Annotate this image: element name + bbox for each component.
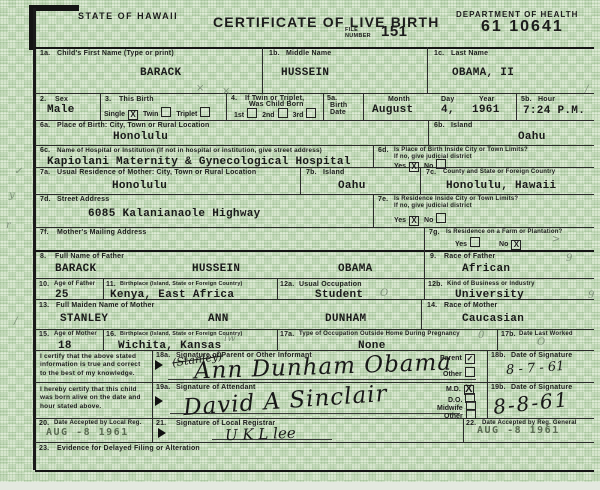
field-18b-num: 18b. bbox=[491, 352, 506, 359]
grid-line bbox=[35, 382, 594, 383]
pencil-mark: / bbox=[14, 316, 17, 327]
attendant-other-option: Other bbox=[444, 409, 479, 420]
no-label: No bbox=[424, 217, 433, 224]
child-middle-name: HUSSEIN bbox=[281, 67, 329, 79]
md-label: M.D. bbox=[446, 386, 461, 393]
grid-line bbox=[424, 250, 425, 278]
informant-signature-date: 8 - 7 - 61 bbox=[506, 359, 565, 378]
field-15-label: Age of Mother bbox=[54, 331, 97, 337]
field-3-label: This Birth bbox=[119, 96, 154, 103]
grid-line bbox=[100, 93, 101, 120]
sex-value: Male bbox=[47, 104, 75, 116]
birth-day: 4, bbox=[441, 104, 455, 116]
twin-order-options: 1st 2nd 3rd bbox=[234, 108, 319, 119]
pencil-mark: × bbox=[222, 86, 230, 97]
field-12b-num: 12b. bbox=[428, 281, 443, 288]
field-10-num: 10. bbox=[39, 281, 49, 288]
grid-line bbox=[424, 278, 425, 299]
birth-year: 1961 bbox=[472, 104, 500, 116]
field-6b-label: Island bbox=[451, 122, 472, 129]
pencil-mark: ✓ bbox=[14, 166, 22, 177]
pencil-mark: 9 bbox=[566, 253, 572, 264]
field-7c-label: County and State or Foreign Country bbox=[443, 169, 555, 175]
field-15-num: 15. bbox=[39, 331, 49, 338]
grid-line bbox=[103, 329, 104, 350]
birth-hour: 7:24 P.M. bbox=[523, 105, 585, 117]
field-7a-label: Usual Residence of Mother: City, Town or… bbox=[57, 169, 256, 176]
grid-line bbox=[428, 120, 429, 145]
field-22-num: 22. bbox=[466, 420, 476, 427]
field-7e-sub: If no, give judicial district bbox=[394, 203, 472, 209]
field-6c-label: Name of Hospital or Institution (If not … bbox=[57, 147, 322, 154]
father-last-name: OBAMA bbox=[338, 263, 373, 275]
attendant-signature-date: 8-8-61 bbox=[492, 387, 571, 419]
father-race: African bbox=[462, 263, 510, 275]
field-9-label: Race of Father bbox=[444, 253, 495, 260]
form-left-border bbox=[33, 8, 36, 470]
option-1st-label: 1st bbox=[234, 112, 244, 119]
field-23-num: 23. bbox=[39, 445, 49, 452]
field-6c-num: 6c. bbox=[40, 147, 50, 154]
field-7d-label: Street Address bbox=[57, 196, 109, 203]
field-18a-num: 18a. bbox=[156, 352, 170, 359]
option-triplet-label: Triplet bbox=[176, 111, 197, 118]
grid-line bbox=[516, 93, 517, 120]
grid-line bbox=[35, 470, 594, 472]
father-first-name: BARACK bbox=[55, 263, 96, 275]
birth-certificate-document: STATE OF HAWAII CERTIFICATE OF LIVE BIRT… bbox=[0, 0, 600, 490]
grid-line bbox=[152, 350, 153, 418]
birth-city: Honolulu bbox=[113, 131, 168, 143]
field-7g-num: 7g. bbox=[429, 229, 440, 236]
field-2-num: 2. bbox=[40, 96, 46, 103]
field-7a-num: 7a. bbox=[40, 169, 50, 176]
pencil-mark: r bbox=[6, 220, 11, 231]
field-20-num: 20. bbox=[39, 420, 49, 427]
attendant-certification-text: I hereby certify that this child was bor… bbox=[40, 386, 146, 411]
mother-age: 18 bbox=[58, 340, 72, 352]
checkbox-7e-no bbox=[436, 213, 446, 223]
grid-line bbox=[262, 47, 263, 93]
birth-island: Oahu bbox=[518, 131, 546, 143]
checkbox-twin bbox=[161, 107, 171, 117]
checkbox-3rd bbox=[306, 108, 316, 118]
checkbox-2nd bbox=[278, 108, 288, 118]
mother-first-name: STANLEY bbox=[60, 313, 108, 325]
checkbox-7g-yes bbox=[470, 237, 480, 247]
grid-line bbox=[300, 167, 301, 194]
field-2-label: Sex bbox=[55, 96, 68, 103]
field-8-num: 8. bbox=[40, 253, 46, 260]
parent-label: Parent bbox=[440, 355, 462, 362]
informant-certification-text: I certify that the above stated informat… bbox=[40, 353, 146, 378]
pencil-mark: × bbox=[196, 83, 204, 94]
reg-general-date-stamp: AUG -8 1961 bbox=[477, 425, 560, 436]
month-label: Month bbox=[388, 96, 410, 103]
field-14-num: 14. bbox=[427, 302, 437, 309]
field-7d-num: 7d. bbox=[40, 196, 51, 203]
field-1b-label: Middle Name bbox=[286, 50, 331, 57]
pencil-mark: 9 bbox=[588, 290, 594, 301]
field-6a-label: Place of Birth: City, Town or Rural Loca… bbox=[57, 122, 209, 129]
checkbox-attendant-other bbox=[466, 409, 476, 419]
child-last-name: OBAMA, II bbox=[452, 67, 514, 79]
field-6d-label: Is Place of Birth Inside City or Town Li… bbox=[394, 147, 528, 153]
signature-arrow-icon bbox=[155, 360, 163, 370]
pencil-mark: O bbox=[380, 288, 388, 299]
checkbox-triplet bbox=[200, 107, 210, 117]
grid-line bbox=[35, 329, 594, 330]
field-7e-yesno: YesX No bbox=[394, 213, 449, 226]
grid-line bbox=[35, 47, 594, 49]
field-16-num: 16. bbox=[106, 331, 116, 338]
residence-island: Oahu bbox=[338, 180, 366, 192]
grid-line bbox=[35, 278, 594, 279]
state-title: STATE OF HAWAII bbox=[78, 11, 178, 21]
pencil-mark: O bbox=[537, 337, 545, 348]
registrar-signature: U K L lee bbox=[225, 424, 296, 444]
field-20-label: Date Accepted by Local Reg. bbox=[54, 420, 142, 426]
field-18b-label: Date of Signature bbox=[511, 352, 572, 359]
field-11-num: 11. bbox=[106, 281, 116, 288]
file-number-value: 151 bbox=[381, 23, 408, 40]
yes-label: Yes bbox=[394, 217, 406, 224]
field-9-num: 9. bbox=[430, 253, 436, 260]
field-12b-label: Kind of Business or Industry bbox=[447, 281, 535, 287]
pencil-mark: lw bbox=[224, 333, 236, 344]
field-7g-yesno: Yes NoX bbox=[455, 237, 524, 250]
residence-city: Honolulu bbox=[112, 180, 167, 192]
no-label: No bbox=[499, 241, 508, 248]
file-label-line2: NUMBER bbox=[345, 33, 371, 39]
grid-line bbox=[373, 194, 374, 227]
grid-line bbox=[35, 227, 594, 228]
grid-line bbox=[277, 329, 278, 350]
father-middle-name: HUSSEIN bbox=[192, 263, 240, 275]
field-13-label: Full Maiden Name of Mother bbox=[56, 302, 155, 309]
street-address: 6085 Kalanianaole Highway bbox=[88, 208, 261, 220]
field-5a-label-line2: Date bbox=[330, 109, 346, 116]
field-1c-label: Last Name bbox=[451, 50, 488, 57]
certificate-number: 61 10641 bbox=[481, 18, 564, 36]
grid-line bbox=[35, 442, 594, 443]
option-twin-label: Twin bbox=[143, 111, 158, 118]
grid-line bbox=[35, 194, 594, 195]
grid-line bbox=[427, 47, 428, 93]
father-occupation: Student bbox=[315, 289, 363, 301]
mother-race: Caucasian bbox=[462, 313, 524, 325]
paper-bottom-edge bbox=[0, 482, 600, 490]
field-4-num: 4. bbox=[231, 95, 237, 102]
mother-middle-name: ANN bbox=[208, 313, 229, 325]
grid-line bbox=[226, 93, 227, 120]
checkbox-7e-yes: X bbox=[409, 216, 419, 226]
checkbox-1st bbox=[247, 108, 257, 118]
field-1c-num: 1c. bbox=[434, 50, 444, 57]
informant-other-option: Other bbox=[443, 367, 478, 378]
checkbox-parent: ✓ bbox=[465, 354, 475, 364]
field-1b-num: 1b. bbox=[269, 50, 280, 57]
field-23-label: Evidence for Delayed Filing or Alteratio… bbox=[57, 445, 200, 452]
checkbox-single: X bbox=[128, 110, 138, 120]
field-7g-label: Is Residence on a Farm or Plantation? bbox=[446, 229, 562, 235]
yes-label: Yes bbox=[394, 163, 406, 170]
grid-line bbox=[421, 299, 422, 329]
grid-line bbox=[497, 329, 498, 350]
field-3-num: 3. bbox=[105, 96, 111, 103]
field-19a-num: 19a. bbox=[156, 384, 170, 391]
option-2nd-label: 2nd bbox=[262, 112, 274, 119]
checkbox-informant-other bbox=[465, 367, 475, 377]
field-21-num: 21. bbox=[156, 420, 166, 427]
page-corner-fold bbox=[29, 5, 79, 50]
father-birthplace: Kenya, East Africa bbox=[110, 289, 234, 301]
signature-arrow-icon bbox=[158, 428, 166, 438]
year-label: Year bbox=[479, 96, 495, 103]
grid-line bbox=[103, 278, 104, 299]
grid-line bbox=[152, 418, 153, 442]
yes-label: Yes bbox=[455, 241, 467, 248]
field-12a-label: Usual Occupation bbox=[299, 281, 362, 288]
grid-line bbox=[277, 278, 278, 299]
grid-line bbox=[323, 93, 324, 120]
field-6a-num: 6a. bbox=[40, 122, 50, 129]
grid-line bbox=[463, 418, 464, 442]
field-7c-num: 7c. bbox=[426, 169, 436, 176]
field-4-label-line2: Was Child Born bbox=[249, 101, 304, 108]
field-17a-label: Type of Occupation Outside Home During P… bbox=[299, 331, 460, 337]
mother-maiden-name: DUNHAM bbox=[325, 313, 366, 325]
father-industry: University bbox=[455, 289, 524, 301]
field-1a-num: 1a. bbox=[40, 50, 50, 57]
field-5a-label-line1: Birth bbox=[330, 102, 347, 109]
pencil-mark: 0 bbox=[478, 330, 484, 341]
field-5b-label: Hour bbox=[538, 96, 555, 103]
field-6d-num: 6d. bbox=[378, 147, 389, 154]
field-7b-label: Island bbox=[323, 169, 344, 176]
field-8-label: Full Name of Father bbox=[55, 253, 124, 260]
grid-line bbox=[363, 93, 364, 120]
pencil-mark: > bbox=[552, 234, 560, 245]
birth-month: August bbox=[372, 104, 413, 116]
field-13-num: 13. bbox=[39, 302, 49, 309]
field-7e-label: Is Residence Inside City or Town Limits? bbox=[394, 196, 518, 202]
field-12a-num: 12a. bbox=[280, 281, 294, 288]
grid-line bbox=[35, 145, 594, 146]
day-label: Day bbox=[441, 96, 454, 103]
hospital-name: Kapiolani Maternity & Gynecological Hosp… bbox=[47, 156, 351, 168]
grid-line bbox=[35, 418, 594, 419]
option-3rd-label: 3rd bbox=[292, 112, 303, 119]
file-number-label: FILE NUMBER bbox=[345, 27, 371, 39]
field-14-label: Race of Mother bbox=[444, 302, 497, 309]
checkbox-6d-yes: X bbox=[409, 162, 419, 172]
pencil-mark: y bbox=[9, 190, 15, 201]
field-6b-num: 6b. bbox=[434, 122, 445, 129]
field-7f-num: 7f. bbox=[40, 229, 49, 236]
other-label: Other bbox=[443, 371, 462, 378]
field-6d-yesno: YesX No bbox=[394, 159, 449, 172]
checkbox-6d-no bbox=[436, 159, 446, 169]
this-birth-options: SingleX Twin Triplet bbox=[104, 107, 213, 120]
pencil-mark: / bbox=[585, 84, 588, 95]
field-17b-label: Date Last Worked bbox=[519, 331, 573, 337]
field-7f-label: Mother's Mailing Address bbox=[57, 229, 146, 236]
checkbox-7g-no: X bbox=[511, 240, 521, 250]
field-17a-num: 17a. bbox=[280, 331, 294, 338]
signature-arrow-icon bbox=[155, 396, 163, 406]
field-1a-label: Child's First Name (Type or print) bbox=[57, 50, 174, 57]
field-17b-num: 17b. bbox=[501, 331, 516, 338]
option-single-label: Single bbox=[104, 111, 125, 118]
field-7b-num: 7b. bbox=[306, 169, 317, 176]
field-5b-num: 5b. bbox=[521, 96, 532, 103]
grid-line bbox=[35, 93, 594, 94]
mother-occupation: None bbox=[358, 340, 386, 352]
father-age: 25 bbox=[55, 289, 69, 301]
residence-county: Honolulu, Hawaii bbox=[446, 180, 556, 192]
mother-birthplace: Wichita, Kansas bbox=[118, 340, 222, 352]
field-7e-num: 7e. bbox=[378, 196, 388, 203]
grid-line bbox=[35, 120, 594, 121]
field-5a-num: 5a. bbox=[327, 95, 337, 102]
informant-parent-option: Parent✓ bbox=[440, 354, 478, 364]
child-first-name: BARACK bbox=[140, 67, 181, 79]
field-11-label: Birthplace (Island, State or Foreign Cou… bbox=[120, 281, 243, 287]
field-19b-num: 19b. bbox=[491, 384, 506, 391]
other-label: Other bbox=[444, 413, 463, 420]
grid-line bbox=[373, 145, 374, 167]
local-reg-date-stamp: AUG -8 1961 bbox=[46, 427, 129, 438]
grid-line bbox=[35, 250, 594, 252]
field-10-label: Age of Father bbox=[54, 281, 95, 287]
grid-line bbox=[424, 227, 425, 250]
grid-line bbox=[487, 350, 488, 418]
